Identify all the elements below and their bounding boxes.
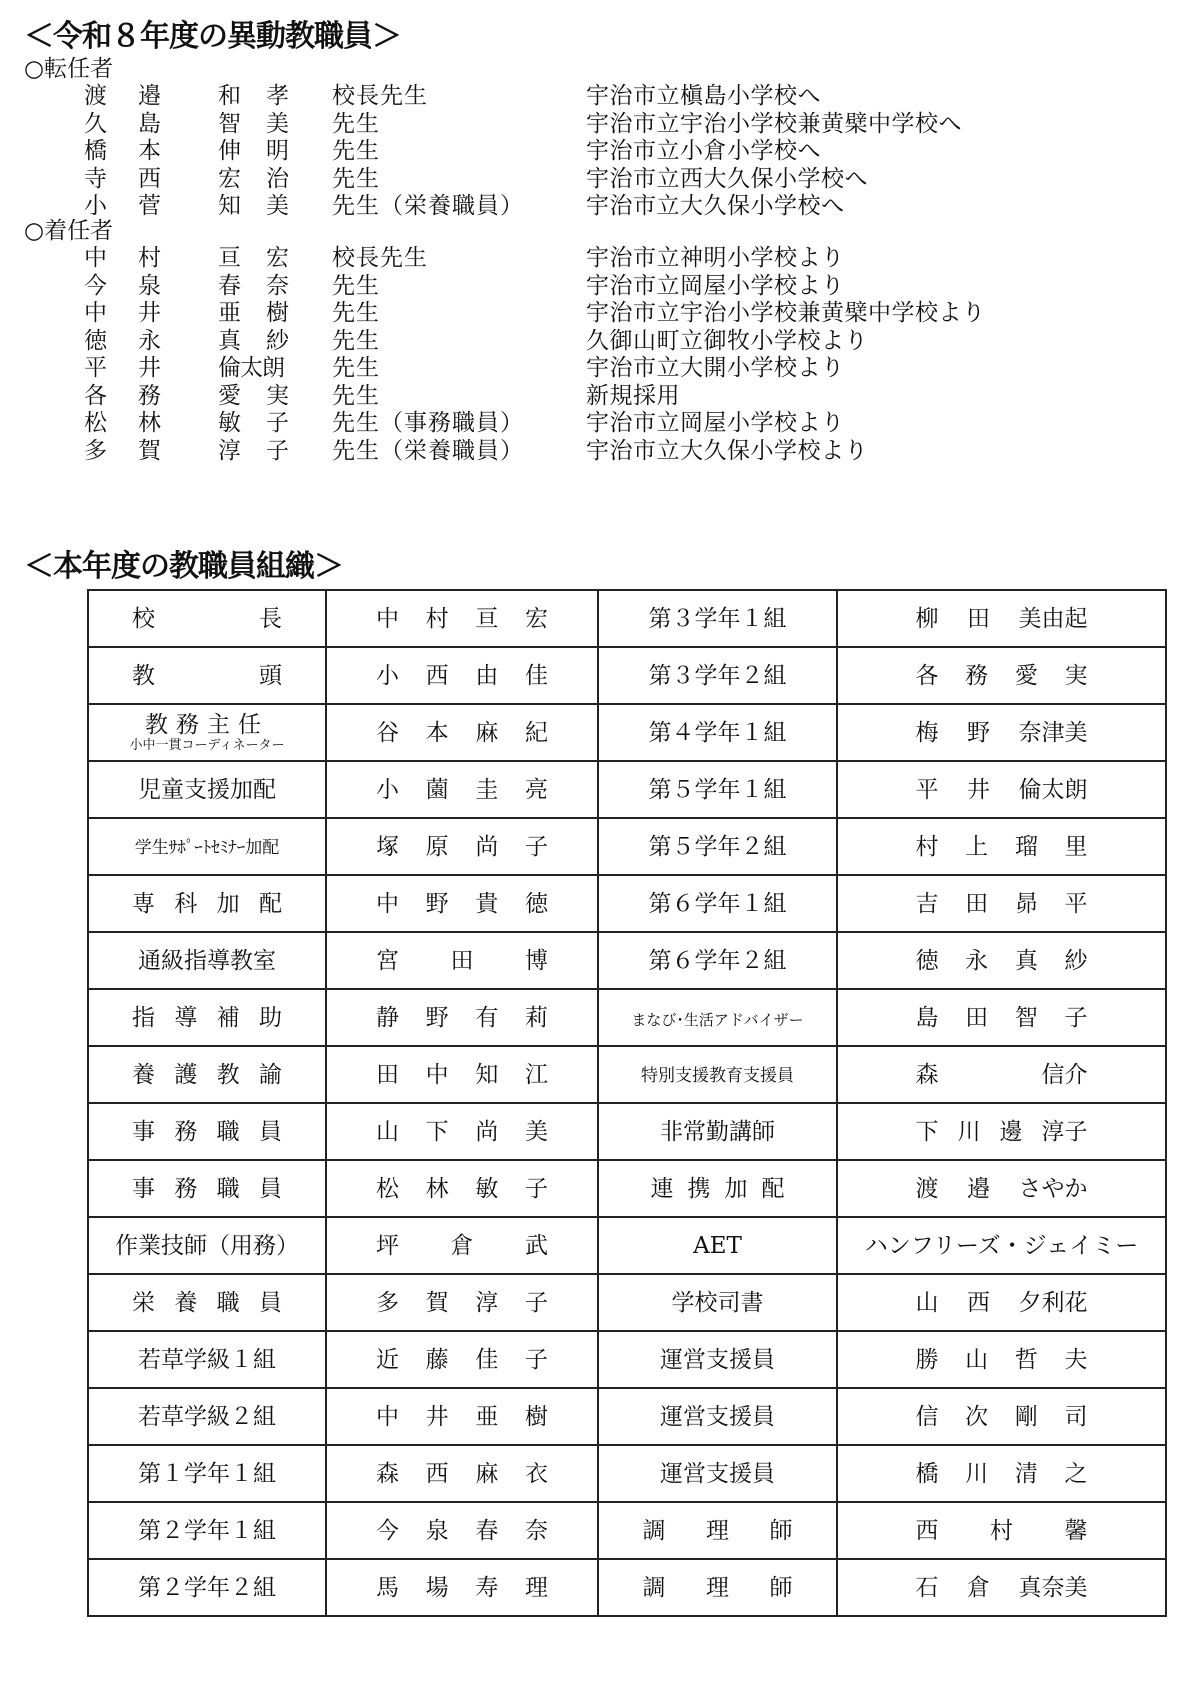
- role-cell: 調理師: [598, 1559, 837, 1616]
- role-cell: 若草学級１組: [88, 1331, 326, 1388]
- surname-char: 西: [138, 165, 161, 193]
- surname-char: 泉: [138, 272, 161, 300]
- role-cell: 学生ｻﾎﾟｰﾄｾﾐﾅｰ加配: [88, 818, 326, 875]
- honorific-title: 先生: [332, 137, 380, 165]
- transfer-row: 渡邉和孝校長先生宇治市立槇島小学校へ: [0, 82, 1200, 110]
- org-table-row: 事務職員松林敏子連携加配渡邉さやか: [88, 1160, 1166, 1217]
- staff-name-cell: 西村馨: [837, 1502, 1166, 1559]
- staff-name: 馬場寿理: [376, 1575, 548, 1601]
- role-cell: 非常勤講師: [598, 1103, 837, 1160]
- surname-char: 林: [138, 409, 161, 437]
- role-subtitle: 小中一貫コーディネーター: [130, 738, 285, 754]
- surname-char: 徳: [84, 327, 107, 355]
- role-title: 非常勤講師: [660, 1119, 775, 1145]
- role-cell: 学校司書: [598, 1274, 837, 1331]
- staff-name-cell: 徳永真紗: [837, 932, 1166, 989]
- staff-name: 村上瑠里: [916, 834, 1088, 860]
- staff-name: 塚原尚子: [376, 834, 548, 860]
- org-table-row: 若草学級２組中井亜樹運営支援員信次剛司: [88, 1388, 1166, 1445]
- transfer-row: 寺西宏治先生宇治市立西大久保小学校へ: [0, 165, 1200, 193]
- staff-name: 西村馨: [916, 1518, 1088, 1544]
- role-title: 第２学年２組: [138, 1575, 276, 1601]
- staff-name: 信次剛司: [916, 1404, 1088, 1430]
- staff-name-cell: 各務愛実: [837, 647, 1166, 704]
- surname-char: 井: [138, 354, 161, 382]
- org-table-row: 第１学年１組森西麻衣運営支援員橋川清之: [88, 1445, 1166, 1502]
- org-table-row: 専科加配中野貴徳第６学年１組吉田昴平: [88, 875, 1166, 932]
- surname-char: 邉: [138, 82, 161, 110]
- staff-name-cell: 平井倫太朗: [837, 761, 1166, 818]
- role-cell: 栄養職員: [88, 1274, 326, 1331]
- staff-name-cell: 山西夕利花: [837, 1274, 1166, 1331]
- staff-name-cell: 谷本麻紀: [326, 704, 598, 761]
- staff-name: 松林敏子: [376, 1176, 548, 1202]
- staff-name-cell: 吉田昴平: [837, 875, 1166, 932]
- role-cell: 特別支援教育支援員: [598, 1046, 837, 1103]
- honorific-title: 先生（事務職員）: [332, 409, 524, 437]
- role-title: 学生ｻﾎﾟｰﾄｾﾐﾅｰ加配: [135, 838, 280, 858]
- honorific-title: 先生: [332, 165, 380, 193]
- role-title: 児童支援加配: [138, 777, 276, 803]
- role-cell: 教務主任小中一貫コーディネーター: [88, 704, 326, 761]
- role-title: 第５学年２組: [649, 834, 787, 860]
- given-name-char: 樹: [266, 299, 289, 327]
- destination-school: 宇治市立宇治小学校兼黄檗中学校へ: [586, 110, 962, 138]
- surname-char: 中: [84, 299, 107, 327]
- staff-name-cell: 柳田美由起: [837, 590, 1166, 647]
- role-cell: 通級指導教室: [88, 932, 326, 989]
- destination-school: 宇治市立大久保小学校より: [586, 437, 868, 465]
- org-table-row: 若草学級１組近藤佳子運営支援員勝山哲夫: [88, 1331, 1166, 1388]
- role-cell: まなび･生活アドバイザー: [598, 989, 837, 1046]
- transfer-row: 久島智美先生宇治市立宇治小学校兼黄檗中学校へ: [0, 110, 1200, 138]
- honorific-title: 先生（栄養職員）: [332, 192, 524, 220]
- staff-name: 森西麻衣: [376, 1461, 548, 1487]
- surname-char: 小: [84, 192, 107, 220]
- honorific-title: 先生: [332, 272, 380, 300]
- transfer-row: 多賀淳子先生（栄養職員）宇治市立大久保小学校より: [0, 437, 1200, 465]
- given-name-char: 実: [266, 382, 289, 410]
- staff-name-cell: 信次剛司: [837, 1388, 1166, 1445]
- given-name-char: 美: [266, 110, 289, 138]
- given-name-char: 治: [266, 165, 289, 193]
- staff-name: 谷本麻紀: [376, 720, 548, 746]
- staff-name-cell: 梅野奈津美: [837, 704, 1166, 761]
- org-table-row: 教務主任小中一貫コーディネーター谷本麻紀第４学年１組梅野奈津美: [88, 704, 1166, 761]
- org-table-row: 通級指導教室宮田博第６学年２組徳永真紗: [88, 932, 1166, 989]
- role-title: 連携加配: [651, 1176, 785, 1202]
- destination-school: 宇治市立大久保小学校へ: [586, 192, 845, 220]
- given-name-char: 知: [218, 192, 241, 220]
- role-title: 作業技師（用務）: [115, 1233, 299, 1259]
- staff-name: 石倉真奈美: [916, 1575, 1088, 1601]
- given-name-char: 敏: [218, 409, 241, 437]
- transfer-row: 橋本伸明先生宇治市立小倉小学校へ: [0, 137, 1200, 165]
- staff-name: 山下尚美: [376, 1119, 548, 1145]
- given-name-char: 淳: [218, 437, 241, 465]
- staff-name: 吉田昴平: [916, 891, 1088, 917]
- role-title: 養護教諭: [132, 1062, 282, 1088]
- role-cell: 専科加配: [88, 875, 326, 932]
- destination-school: 宇治市立槇島小学校へ: [586, 82, 821, 110]
- staff-name-cell: 宮田博: [326, 932, 598, 989]
- org-table-row: 第２学年２組馬場寿理調理師石倉真奈美: [88, 1559, 1166, 1616]
- given-name-char: 奈: [266, 272, 289, 300]
- transfer-row: 小菅知美先生（栄養職員）宇治市立大久保小学校へ: [0, 192, 1200, 220]
- role-title: 若草学級１組: [138, 1347, 276, 1373]
- role-cell: 連携加配: [598, 1160, 837, 1217]
- role-cell: 事務職員: [88, 1160, 326, 1217]
- role-cell: 校長: [88, 590, 326, 647]
- role-cell: 第５学年２組: [598, 818, 837, 875]
- given-name-char: 和: [218, 82, 241, 110]
- role-cell: 運営支援員: [598, 1388, 837, 1445]
- staff-name: 中村亘宏: [376, 606, 548, 632]
- surname-char: 今: [84, 272, 107, 300]
- staff-name: ハンフリーズ・ジェイミー: [865, 1233, 1138, 1259]
- staff-name-cell: 渡邉さやか: [837, 1160, 1166, 1217]
- staff-name-cell: 森信介: [837, 1046, 1166, 1103]
- role-title: 通級指導教室: [138, 948, 276, 974]
- role-title: 第１学年１組: [138, 1461, 276, 1487]
- role-cell: 第４学年１組: [598, 704, 837, 761]
- staff-name: 近藤佳子: [376, 1347, 548, 1373]
- destination-school: 宇治市立岡屋小学校より: [586, 409, 845, 437]
- role-title: 運営支援員: [660, 1347, 775, 1373]
- role-title: 第４学年１組: [649, 720, 787, 746]
- staff-name: 橋川清之: [916, 1461, 1088, 1487]
- staff-name-cell: 中野貴徳: [326, 875, 598, 932]
- staff-name-cell: 中村亘宏: [326, 590, 598, 647]
- surname-char: 橋: [84, 137, 107, 165]
- role-cell: AET: [598, 1217, 837, 1274]
- staff-name: 中野貴徳: [376, 891, 548, 917]
- surname-char: 久: [84, 110, 107, 138]
- destination-school: 新規採用: [586, 382, 680, 410]
- staff-name-cell: 塚原尚子: [326, 818, 598, 875]
- given-name-char: 孝: [266, 82, 289, 110]
- staff-name: 中井亜樹: [376, 1404, 548, 1430]
- staff-name-cell: 橋川清之: [837, 1445, 1166, 1502]
- staff-name: 平井倫太朗: [916, 777, 1088, 803]
- role-cell: 第１学年１組: [88, 1445, 326, 1502]
- staff-name: 各務愛実: [916, 663, 1088, 689]
- transfer-row: 松林敏子先生（事務職員）宇治市立岡屋小学校より: [0, 409, 1200, 437]
- staff-name-cell: 山下尚美: [326, 1103, 598, 1160]
- role-cell: 調理師: [598, 1502, 837, 1559]
- role-title: 運営支援員: [660, 1404, 775, 1430]
- role-title: 第５学年１組: [649, 777, 787, 803]
- staff-name-cell: 下川邊淳子: [837, 1103, 1166, 1160]
- given-name-char: 亘: [218, 244, 241, 272]
- destination-school: 久御山町立御牧小学校より: [586, 327, 868, 355]
- honorific-title: 先生: [332, 299, 380, 327]
- staff-name-cell: 勝山哲夫: [837, 1331, 1166, 1388]
- staff-name: 山西夕利花: [916, 1290, 1088, 1316]
- given-name-char: 愛: [218, 382, 241, 410]
- given-name-char: 美: [266, 192, 289, 220]
- role-title: 校長: [132, 606, 282, 632]
- role-cell: 事務職員: [88, 1103, 326, 1160]
- surname-char: 井: [138, 299, 161, 327]
- staff-name-cell: 小薗圭亮: [326, 761, 598, 818]
- role-title: 栄養職員: [132, 1290, 282, 1316]
- staff-name-cell: 今泉春奈: [326, 1502, 598, 1559]
- role-cell: 若草学級２組: [88, 1388, 326, 1445]
- org-table-row: 事務職員山下尚美非常勤講師下川邊淳子: [88, 1103, 1166, 1160]
- staff-name-cell: 森西麻衣: [326, 1445, 598, 1502]
- surname-char: 寺: [84, 165, 107, 193]
- staff-name: 渡邉さやか: [916, 1176, 1088, 1202]
- surname-char: 賀: [138, 437, 161, 465]
- staff-name: 梅野奈津美: [916, 720, 1088, 746]
- role-cell: 第６学年２組: [598, 932, 837, 989]
- role-title: 指導補助: [132, 1005, 282, 1031]
- staff-name: 柳田美由起: [916, 606, 1088, 632]
- destination-school: 宇治市立神明小学校より: [586, 244, 845, 272]
- staff-name: 田中知江: [376, 1062, 548, 1088]
- role-cell: 第５学年１組: [598, 761, 837, 818]
- honorific-title: 先生: [332, 110, 380, 138]
- destination-school: 宇治市立大開小学校より: [586, 354, 845, 382]
- role-title: 事務職員: [132, 1176, 282, 1202]
- staff-name-cell: 島田智子: [837, 989, 1166, 1046]
- role-title: 第３学年１組: [649, 606, 787, 632]
- destination-school: 宇治市立西大久保小学校へ: [586, 165, 868, 193]
- honorific-title: 校長先生: [332, 82, 428, 110]
- role-title: 教頭: [132, 663, 282, 689]
- org-table-row: 栄養職員多賀淳子学校司書山西夕利花: [88, 1274, 1166, 1331]
- staff-name-cell: 静野有莉: [326, 989, 598, 1046]
- staff-organization-table: 校長中村亘宏第３学年１組柳田美由起教頭小西由佳第３学年２組各務愛実教務主任小中一…: [87, 589, 1167, 1617]
- outgoing-label: ○転任者: [24, 55, 113, 83]
- role-cell: 作業技師（用務）: [88, 1217, 326, 1274]
- staff-name: 静野有莉: [376, 1005, 548, 1031]
- destination-school: 宇治市立岡屋小学校より: [586, 272, 845, 300]
- role-title: 調理師: [643, 1518, 793, 1544]
- role-title: 第２学年１組: [138, 1518, 276, 1544]
- surname-char: 平: [84, 354, 107, 382]
- role-cell: 児童支援加配: [88, 761, 326, 818]
- staff-name-cell: 松林敏子: [326, 1160, 598, 1217]
- honorific-title: 先生: [332, 382, 380, 410]
- role-cell: 養護教諭: [88, 1046, 326, 1103]
- given-name-char: 亜: [218, 299, 241, 327]
- staff-name-cell: 小西由佳: [326, 647, 598, 704]
- role-title: 教務主任: [145, 712, 269, 738]
- org-table-row: 校長中村亘宏第３学年１組柳田美由起: [88, 590, 1166, 647]
- staff-name: 徳永真紗: [916, 948, 1088, 974]
- role-title: 学校司書: [672, 1290, 764, 1316]
- role-title: 調理師: [643, 1575, 793, 1601]
- role-cell: 第２学年２組: [88, 1559, 326, 1616]
- transfer-row: 平井倫太朗先生宇治市立大開小学校より: [0, 354, 1200, 382]
- staff-name-cell: 馬場寿理: [326, 1559, 598, 1616]
- staff-name: 宮田博: [376, 948, 548, 974]
- staff-name: 多賀淳子: [376, 1290, 548, 1316]
- role-cell: 指導補助: [88, 989, 326, 1046]
- role-title: 事務職員: [132, 1119, 282, 1145]
- org-table-row: 児童支援加配小薗圭亮第５学年１組平井倫太朗: [88, 761, 1166, 818]
- surname-char: 渡: [84, 82, 107, 110]
- given-name-char: 宏: [266, 244, 289, 272]
- staff-name: 今泉春奈: [376, 1518, 548, 1544]
- staff-name-cell: 村上瑠里: [837, 818, 1166, 875]
- surname-char: 村: [138, 244, 161, 272]
- destination-school: 宇治市立宇治小学校兼黄檗中学校より: [586, 299, 986, 327]
- role-title: 第６学年１組: [649, 891, 787, 917]
- staff-name-cell: 多賀淳子: [326, 1274, 598, 1331]
- role-cell: 第２学年１組: [88, 1502, 326, 1559]
- given-name-char: 智: [218, 110, 241, 138]
- transfer-row: 中井亜樹先生宇治市立宇治小学校兼黄檗中学校より: [0, 299, 1200, 327]
- surname-char: 多: [84, 437, 107, 465]
- role-cell: 第６学年１組: [598, 875, 837, 932]
- transfer-row: 各務愛実先生新規採用: [0, 382, 1200, 410]
- org-table-row: 指導補助静野有莉まなび･生活アドバイザー島田智子: [88, 989, 1166, 1046]
- role-title: 第３学年２組: [649, 663, 787, 689]
- surname-char: 松: [84, 409, 107, 437]
- role-title: AET: [693, 1233, 742, 1259]
- transfers-heading: ＜令和８年度の異動教職員＞: [24, 20, 401, 54]
- staff-name: 小薗圭亮: [376, 777, 548, 803]
- staff-name-cell: 近藤佳子: [326, 1331, 598, 1388]
- staff-name: 小西由佳: [376, 663, 548, 689]
- destination-school: 宇治市立小倉小学校へ: [586, 137, 821, 165]
- transfer-row: 今泉春奈先生宇治市立岡屋小学校より: [0, 272, 1200, 300]
- org-table-row: 学生ｻﾎﾟｰﾄｾﾐﾅｰ加配塚原尚子第５学年２組村上瑠里: [88, 818, 1166, 875]
- role-title: 若草学級２組: [138, 1404, 276, 1430]
- staff-name: 勝山哲夫: [916, 1347, 1088, 1373]
- role-cell: 第３学年２組: [598, 647, 837, 704]
- staff-name-cell: ハンフリーズ・ジェイミー: [837, 1217, 1166, 1274]
- role-cell: 運営支援員: [598, 1331, 837, 1388]
- role-cell: 運営支援員: [598, 1445, 837, 1502]
- given-name-char: 春: [218, 272, 241, 300]
- transfer-row: 中村亘宏校長先生宇治市立神明小学校より: [0, 244, 1200, 272]
- given-name-char: 明: [266, 137, 289, 165]
- staff-name: 下川邊淳子: [916, 1119, 1088, 1145]
- org-table-row: 教頭小西由佳第３学年２組各務愛実: [88, 647, 1166, 704]
- given-name-char: 伸: [218, 137, 241, 165]
- surname-char: 務: [138, 382, 161, 410]
- honorific-title: 校長先生: [332, 244, 428, 272]
- surname-char: 本: [138, 137, 161, 165]
- given-name-char: 子: [266, 409, 289, 437]
- honorific-title: 先生（栄養職員）: [332, 437, 524, 465]
- transfer-row: 徳永真紗先生久御山町立御牧小学校より: [0, 327, 1200, 355]
- role-cell: 教頭: [88, 647, 326, 704]
- role-title: 特別支援教育支援員: [641, 1066, 794, 1086]
- staff-name: 島田智子: [916, 1005, 1088, 1031]
- staff-name: 坪倉武: [376, 1233, 548, 1259]
- role-title: まなび･生活アドバイザー: [631, 1011, 803, 1029]
- org-table-row: 第２学年１組今泉春奈調理師西村馨: [88, 1502, 1166, 1559]
- given-name-char: 真: [218, 327, 241, 355]
- given-name: 倫太朗: [218, 354, 284, 382]
- surname-char: 中: [84, 244, 107, 272]
- staff-name-cell: 田中知江: [326, 1046, 598, 1103]
- org-table-row: 養護教諭田中知江特別支援教育支援員森信介: [88, 1046, 1166, 1103]
- surname-char: 永: [138, 327, 161, 355]
- given-name-char: 紗: [266, 327, 289, 355]
- incoming-label: ○着任者: [24, 217, 113, 245]
- role-title: 専科加配: [132, 891, 282, 917]
- staff-name-cell: 坪倉武: [326, 1217, 598, 1274]
- surname-char: 島: [138, 110, 161, 138]
- surname-char: 菅: [138, 192, 161, 220]
- honorific-title: 先生: [332, 327, 380, 355]
- honorific-title: 先生: [332, 354, 380, 382]
- org-heading: ＜本年度の教職員組織＞: [24, 550, 343, 584]
- role-title: 第６学年２組: [649, 948, 787, 974]
- org-table-row: 作業技師（用務）坪倉武AETハンフリーズ・ジェイミー: [88, 1217, 1166, 1274]
- given-name-char: 子: [266, 437, 289, 465]
- role-title: 運営支援員: [660, 1461, 775, 1487]
- surname-char: 各: [84, 382, 107, 410]
- given-name-char: 宏: [218, 165, 241, 193]
- staff-name: 森信介: [916, 1062, 1088, 1088]
- role-with-subtitle: 教務主任小中一貫コーディネーター: [89, 712, 325, 754]
- role-cell: 第３学年１組: [598, 590, 837, 647]
- staff-name-cell: 中井亜樹: [326, 1388, 598, 1445]
- staff-name-cell: 石倉真奈美: [837, 1559, 1166, 1616]
